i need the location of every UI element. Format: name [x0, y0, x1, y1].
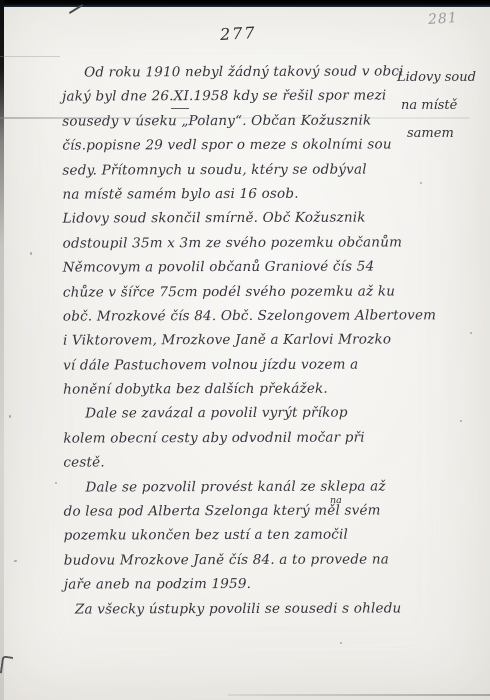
ink-speck	[470, 332, 472, 334]
margin-note-line: Lidovy soud	[397, 64, 487, 92]
handwritten-line: Za všecky ústupky povolili se sousedi s …	[64, 600, 409, 626]
handwritten-line: Dale se pozvolil provést kanál ze sklepa…	[63, 478, 408, 504]
handwritten-line: odstoupil 35m x 3m ze svého pozemku obča…	[63, 234, 408, 260]
scan-left-edge	[0, 0, 4, 700]
scan-bottom-line	[228, 694, 490, 696]
ink-speck	[460, 420, 462, 422]
ink-speck	[9, 415, 11, 418]
paper-fold-line-small	[0, 56, 60, 57]
handwritten-line: jaře aneb na podzim 1959.	[64, 576, 409, 602]
handwritten-line: obč. Mrozkové čís 84. Obč. Szelongovem A…	[63, 307, 408, 333]
ink-speck	[340, 642, 342, 644]
ink-speck	[55, 482, 57, 484]
scanned-document-page: 277 281 Lidovy soud na místě samem Od ro…	[0, 0, 490, 700]
handwritten-line: cestě.	[63, 454, 408, 480]
handwritten-line: budovu Mrozkove Janě čís 84. a to proved…	[64, 551, 409, 577]
inserted-word: na	[330, 495, 342, 506]
ink-speck	[30, 252, 32, 255]
handwritten-line: honění dobytka bez dalších překážek.	[63, 380, 408, 406]
handwritten-line: Dale se zavázal a povolil vyrýt příkop	[63, 405, 408, 431]
corner-ink-scribble	[0, 655, 13, 674]
handwritten-line: i Viktorovem, Mrozkove Janě a Karlovi Mr…	[63, 332, 408, 358]
ink-speck	[14, 560, 17, 562]
handwritten-line: sedy. Přítomnych u soudu, ktéry se odbýv…	[62, 161, 407, 187]
margin-note-line: na místě	[397, 92, 487, 120]
date-underline-mark	[171, 108, 189, 109]
handwritten-line: sousedy v úseku „Polany“. Občan Kožuszni…	[62, 112, 407, 138]
margin-note-line: samem	[397, 120, 487, 148]
handwritten-line: kolem obecní cesty aby odvodnil močar př…	[63, 429, 408, 455]
page-number-pencil: 281	[427, 10, 458, 28]
handwritten-body: Od roku 1910 nebyl žádný takový soud v o…	[62, 63, 409, 625]
handwritten-line: Od roku 1910 nebyl žádný takový soud v o…	[62, 63, 407, 89]
page-number-ink: 277	[220, 23, 257, 44]
scan-top-edge	[0, 0, 490, 7]
handwritten-line: ví dále Pastuchovem volnou jízdu vozem a	[63, 356, 408, 382]
handwritten-line: do lesa pod Alberta Szelonga který měl s…	[64, 502, 409, 528]
handwritten-line: čís.popisne 29 vedl spor o meze s okolní…	[62, 137, 407, 163]
ink-speck	[420, 182, 422, 184]
handwritten-line: Němcovym a povolil občanů Graniové čís 5…	[63, 259, 408, 285]
handwritten-line: chůze v šířce 75cm podél svého pozemku a…	[63, 283, 408, 309]
handwritten-line: jaký byl dne 26.XI.1958 kdy se řešil spo…	[62, 88, 407, 114]
margin-note: Lidovy soud na místě samem	[397, 64, 487, 148]
handwritten-line: Lidovy soud skončil smírně. Obč Kožuszni…	[63, 210, 408, 236]
handwritten-line: pozemku ukončen bez ustí a ten zamočil	[64, 527, 409, 553]
handwritten-line: na místě samém bylo asi 16 osob.	[62, 185, 407, 211]
